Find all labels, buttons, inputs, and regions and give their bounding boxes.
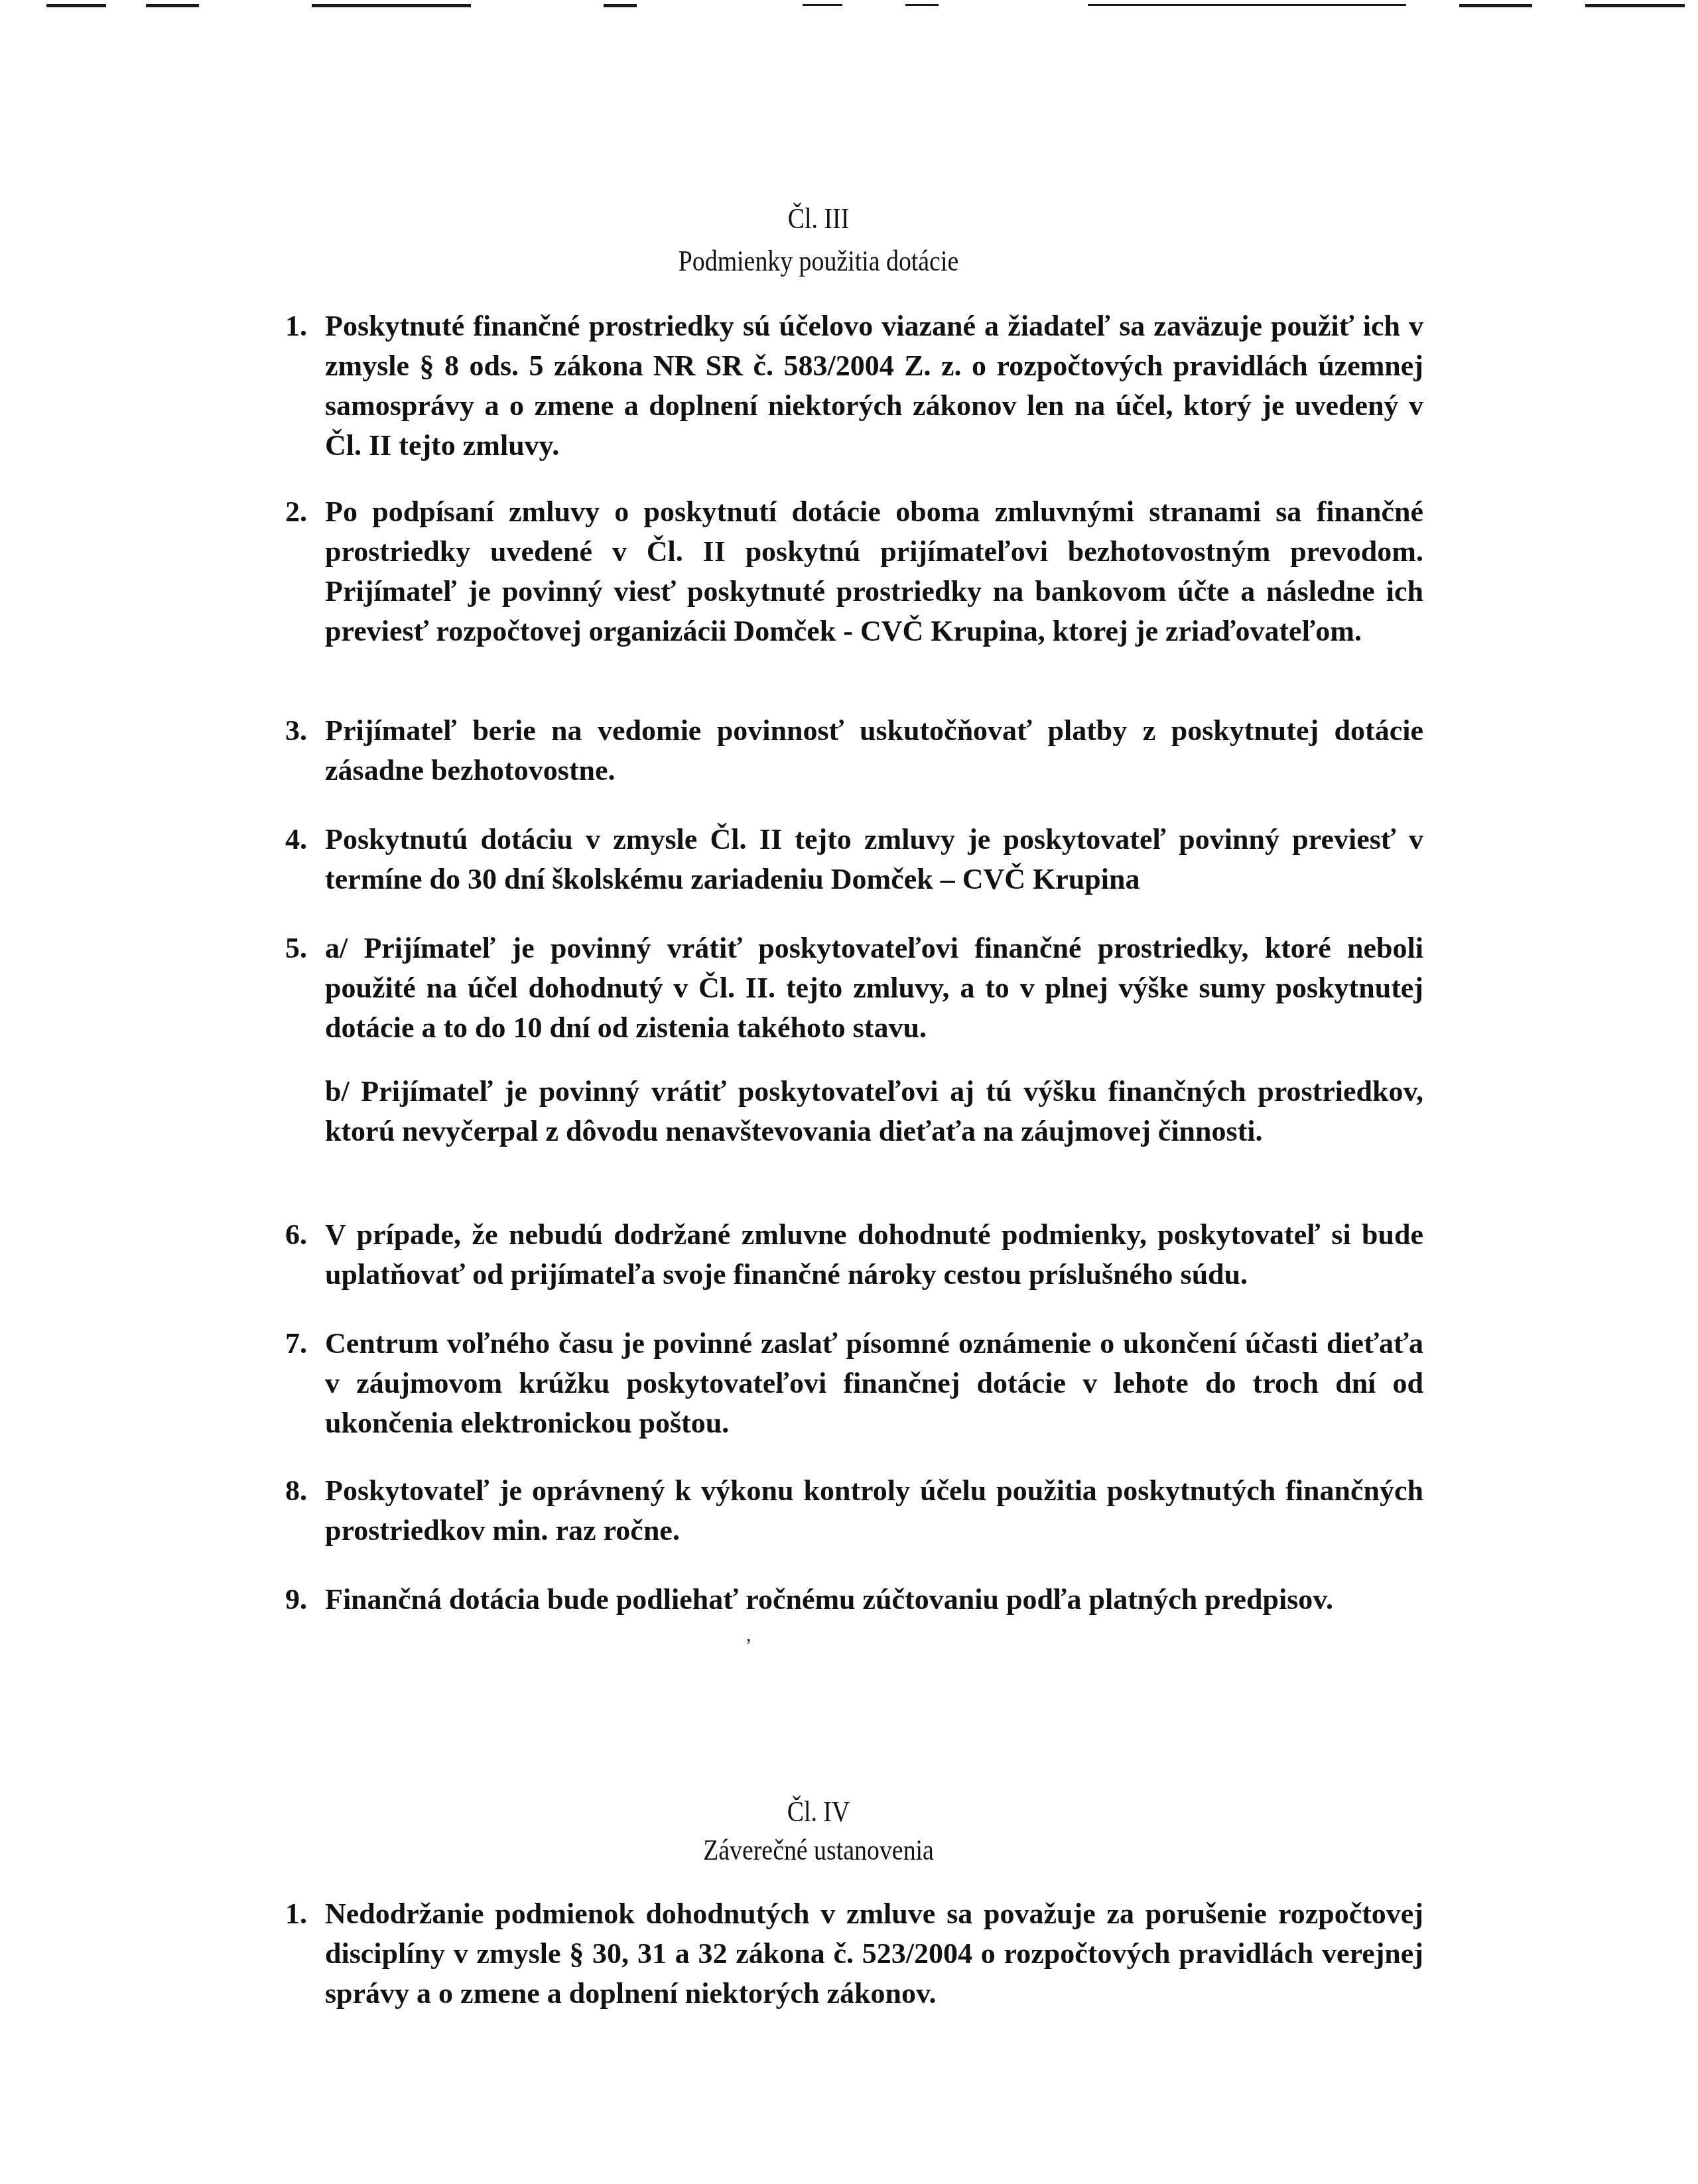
clause-item: 1. Nedodržanie podmienok dohodnutých v z… — [285, 1894, 1423, 2014]
scan-line — [312, 4, 471, 7]
article-number: Čl. IV — [115, 1793, 1522, 1831]
clause-text: Finančná dotácia bude podliehať ročnému … — [325, 1580, 1423, 1620]
scan-line — [604, 4, 637, 7]
clause-text: Poskytnutú dotáciu v zmysle Čl. II tejto… — [325, 820, 1423, 899]
clause-number: 4. — [285, 820, 325, 860]
clause-item: 9. Finančná dotácia bude podliehať ročné… — [285, 1580, 1423, 1620]
clause-item: 2. Po podpísaní zmluvy o poskytnutí dotá… — [285, 492, 1423, 651]
clause-number: 9. — [285, 1580, 325, 1620]
clause-number: 3. — [285, 711, 325, 751]
clause-text: V prípade, že nebudú dodržané zmluvne do… — [325, 1215, 1423, 1295]
article-title: Záverečné ustanovenia — [115, 1832, 1522, 1869]
clause-item: 3. Prijímateľ berie na vedomie povinnosť… — [285, 711, 1423, 791]
clause-number: 1. — [285, 1894, 325, 1934]
clause-number: 7. — [285, 1324, 325, 1364]
clause-item: 5. a/ Prijímateľ je povinný vrátiť posky… — [285, 929, 1423, 1048]
clause-number: 2. — [285, 492, 325, 532]
clause-subtext: b/ Prijímateľ je povinný vrátiť poskytov… — [325, 1072, 1423, 1151]
scan-line — [1459, 4, 1532, 7]
scan-line — [905, 4, 939, 6]
clause-text: Centrum voľného času je povinné zaslať p… — [325, 1324, 1423, 1443]
clause-text: Po podpísaní zmluvy o poskytnutí dotácie… — [325, 492, 1423, 651]
clause-subitem: b/ Prijímateľ je povinný vrátiť poskytov… — [285, 1072, 1423, 1151]
clause-item: 4. Poskytnutú dotáciu v zmysle Čl. II te… — [285, 820, 1423, 899]
scan-line — [146, 4, 199, 7]
scan-line — [1088, 4, 1406, 6]
clause-number: 6. — [285, 1215, 325, 1255]
clause-item: 6. V prípade, že nebudú dodržané zmluvne… — [285, 1215, 1423, 1295]
clause-item: 1. Poskytnuté finančné prostriedky sú úč… — [285, 306, 1423, 466]
scan-line — [46, 4, 106, 7]
clause-number: 1. — [285, 306, 325, 346]
clause-text: Nedodržanie podmienok dohodnutých v zmlu… — [325, 1894, 1423, 2014]
clause-number: 5. — [285, 929, 325, 968]
clause-item: 8. Poskytovateľ je oprávnený k výkonu ko… — [285, 1471, 1423, 1551]
clause-text: Poskytovateľ je oprávnený k výkonu kontr… — [325, 1471, 1423, 1551]
article-number: Čl. III — [115, 200, 1522, 237]
clause-number: 8. — [285, 1471, 325, 1511]
article-title: Podmienky použitia dotácie — [115, 243, 1522, 280]
clause-text: Prijímateľ berie na vedomie povinnosť us… — [325, 711, 1423, 791]
scan-line — [803, 4, 842, 6]
clause-text: a/ Prijímateľ je povinný vrátiť poskytov… — [325, 929, 1423, 1048]
scan-line — [1585, 4, 1685, 7]
clause-text: Poskytnuté finančné prostriedky sú účelo… — [325, 306, 1423, 466]
stray-mark: , — [746, 1624, 751, 1646]
clause-item: 7. Centrum voľného času je povinné zasla… — [285, 1324, 1423, 1443]
